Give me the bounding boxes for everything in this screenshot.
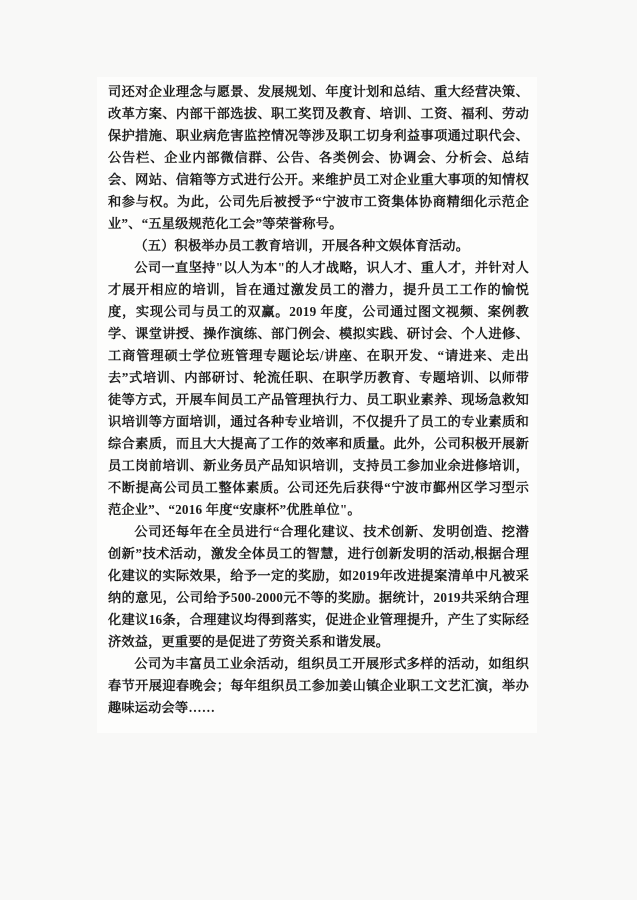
document-text-block: 司还对企业理念与愿景、发展规划、年度计划和总结、重大经营决策、改革方案、内部干部… [108, 81, 529, 719]
paragraph-employee-training: 公司一直坚持"以人为本"的人才战略，识人才、重人才，并针对人才展开相应的培训，旨… [108, 257, 529, 521]
section-heading-five: （五）积极举办员工教育培训，开展各种文娱体育活动。 [108, 235, 529, 257]
paragraph-company-transparency: 司还对企业理念与愿景、发展规划、年度计划和总结、重大经营决策、改革方案、内部干部… [108, 81, 529, 235]
paragraph-innovation-rewards: 公司还每年在全员进行“合理化建议、技术创新、发明创造、挖潜创新”技术活动，激发全… [108, 521, 529, 653]
paragraph-leisure-activities: 公司为丰富员工业余活动，组织员工开展形式多样的活动，如组织春节开展迎春晚会；每年… [108, 653, 529, 719]
document-page-background: 司还对企业理念与愿景、发展规划、年度计划和总结、重大经营决策、改革方案、内部干部… [0, 0, 637, 900]
